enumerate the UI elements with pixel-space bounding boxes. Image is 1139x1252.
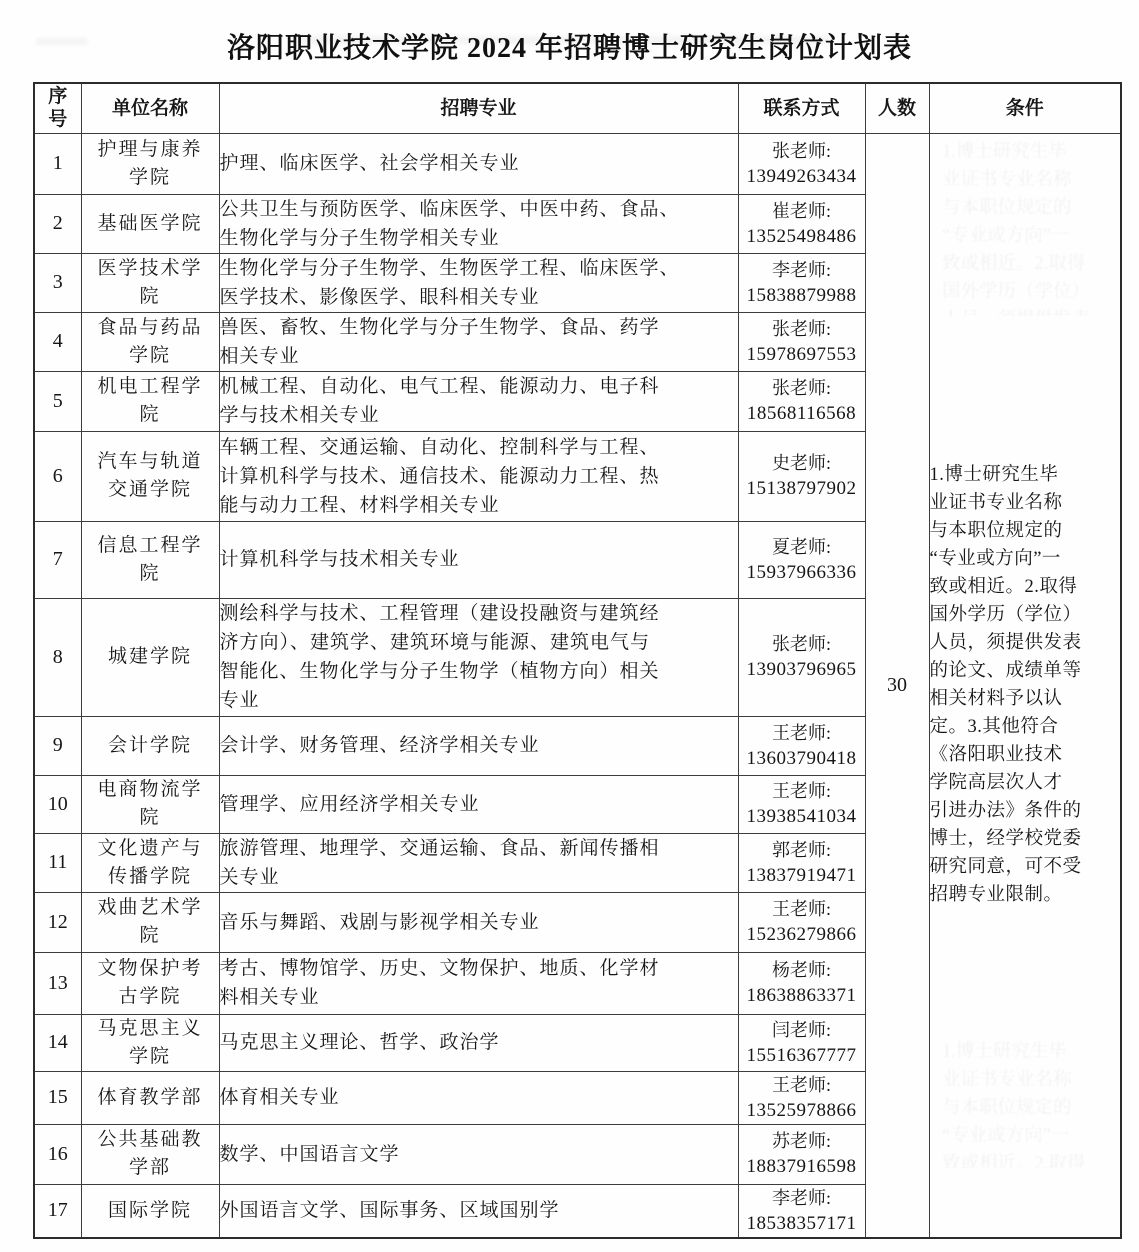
header-count: 人数 <box>865 83 929 133</box>
majors-cell: 旅游管理、地理学、交通运输、食品、新闻传播相 关专业 <box>219 833 738 892</box>
unit-name-cell: 文化遗产与 传播学院 <box>81 833 219 892</box>
recruitment-plan-table-wrap: 序 号 单位名称 招聘专业 联系方式 人数 条件 1 护理与康养 学院 护理、临… <box>33 82 1122 1239</box>
unit-name-cell: 公共基础教 学部 <box>81 1124 219 1184</box>
majors-cell: 考古、博物馆学、历史、文物保护、地质、化学材 料相关专业 <box>219 952 738 1014</box>
contact-cell: 张老师: 13949263434 <box>738 133 865 194</box>
row-serial: 17 <box>34 1184 81 1238</box>
contact-person: 王老师: <box>739 1072 865 1098</box>
row-serial: 11 <box>34 833 81 892</box>
contact-cell: 李老师: 18538357171 <box>738 1184 865 1238</box>
contact-phone: 13603790418 <box>739 746 865 772</box>
contact-phone: 18538357171 <box>739 1211 865 1237</box>
contact-phone: 15978697553 <box>739 342 865 368</box>
page-title: 洛阳职业技术学院 2024 年招聘博士研究生岗位计划表 <box>0 26 1139 66</box>
contact-person: 张老师: <box>739 375 865 401</box>
contact-cell: 李老师: 15838879988 <box>738 253 865 312</box>
header-serial: 序 号 <box>34 83 81 133</box>
contact-person: 史老师: <box>739 450 865 476</box>
unit-name-cell: 基础医学院 <box>81 194 219 253</box>
row-serial: 10 <box>34 775 81 833</box>
contact-person: 闫老师: <box>739 1017 865 1043</box>
row-serial: 3 <box>34 253 81 312</box>
row-serial: 12 <box>34 892 81 952</box>
row-serial: 7 <box>34 521 81 598</box>
contact-cell: 王老师: 13938541034 <box>738 775 865 833</box>
contact-phone: 15937966336 <box>739 560 865 586</box>
majors-cell: 外国语言文学、国际事务、区域国别学 <box>219 1184 738 1238</box>
recruitment-plan-table: 序 号 单位名称 招聘专业 联系方式 人数 条件 1 护理与康养 学院 护理、临… <box>33 82 1122 1239</box>
majors-cell: 音乐与舞蹈、戏剧与影视学相关专业 <box>219 892 738 952</box>
majors-cell: 管理学、应用经济学相关专业 <box>219 775 738 833</box>
majors-cell: 生物化学与分子生物学、生物医学工程、临床医学、 医学技术、影像医学、眼科相关专业 <box>219 253 738 312</box>
row-serial: 5 <box>34 371 81 431</box>
unit-name-cell: 机电工程学 院 <box>81 371 219 431</box>
unit-name-cell: 体育教学部 <box>81 1071 219 1124</box>
contact-person: 张老师: <box>739 316 865 342</box>
unit-name-cell: 马克思主义 学院 <box>81 1014 219 1071</box>
unit-name-cell: 信息工程学 院 <box>81 521 219 598</box>
contact-person: 李老师: <box>739 257 865 283</box>
majors-cell: 兽医、畜牧、生物化学与分子生物学、食品、药学 相关专业 <box>219 312 738 371</box>
contact-phone: 15138797902 <box>739 476 865 502</box>
row-serial: 4 <box>34 312 81 371</box>
row-serial: 2 <box>34 194 81 253</box>
contact-phone: 18638863371 <box>739 983 865 1009</box>
majors-cell: 马克思主义理论、哲学、政治学 <box>219 1014 738 1071</box>
contact-cell: 张老师: 13903796965 <box>738 598 865 716</box>
contact-cell: 王老师: 15236279866 <box>738 892 865 952</box>
majors-cell: 计算机科学与技术相关专业 <box>219 521 738 598</box>
contact-person: 王老师: <box>739 896 865 922</box>
majors-cell: 测绘科学与技术、工程管理（建设投融资与建筑经 济方向）、建筑学、建筑环境与能源、… <box>219 598 738 716</box>
row-serial: 16 <box>34 1124 81 1184</box>
majors-cell: 体育相关专业 <box>219 1071 738 1124</box>
contact-phone: 13525498486 <box>739 224 865 250</box>
contact-cell: 张老师: 18568116568 <box>738 371 865 431</box>
contact-person: 王老师: <box>739 778 865 804</box>
contact-person: 崔老师: <box>739 198 865 224</box>
contact-person: 张老师: <box>739 138 865 164</box>
document-page: 1.博士研究生毕 业证书专业名称 与本职位规定的 “专业或方向”一 致或相近。2… <box>0 0 1139 1252</box>
row-serial: 8 <box>34 598 81 716</box>
header-contact: 联系方式 <box>738 83 865 133</box>
majors-cell: 数学、中国语言文学 <box>219 1124 738 1184</box>
contact-cell: 张老师: 15978697553 <box>738 312 865 371</box>
majors-cell: 会计学、财务管理、经济学相关专业 <box>219 716 738 775</box>
contact-cell: 郭老师: 13837919471 <box>738 833 865 892</box>
contact-phone: 13837919471 <box>739 863 865 889</box>
unit-name-cell: 食品与药品 学院 <box>81 312 219 371</box>
contact-phone: 13938541034 <box>739 804 865 830</box>
contact-cell: 史老师: 15138797902 <box>738 431 865 521</box>
unit-name-cell: 文物保护考 古学院 <box>81 952 219 1014</box>
contact-person: 杨老师: <box>739 957 865 983</box>
contact-cell: 王老师: 13603790418 <box>738 716 865 775</box>
contact-cell: 杨老师: 18638863371 <box>738 952 865 1014</box>
contact-phone: 15236279866 <box>739 922 865 948</box>
header-condition: 条件 <box>929 83 1121 133</box>
unit-name-cell: 国际学院 <box>81 1184 219 1238</box>
contact-phone: 13949263434 <box>739 164 865 190</box>
unit-name-cell: 汽车与轨道 交通学院 <box>81 431 219 521</box>
header-unit: 单位名称 <box>81 83 219 133</box>
contact-person: 郭老师: <box>739 837 865 863</box>
table-row: 1 护理与康养 学院 护理、临床医学、社会学相关专业 张老师: 13949263… <box>34 133 1121 194</box>
unit-name-cell: 电商物流学 院 <box>81 775 219 833</box>
contact-phone: 13525978866 <box>739 1098 865 1124</box>
contact-phone: 15516367777 <box>739 1043 865 1069</box>
contact-phone: 13903796965 <box>739 657 865 683</box>
row-serial: 1 <box>34 133 81 194</box>
contact-person: 张老师: <box>739 631 865 657</box>
row-serial: 14 <box>34 1014 81 1071</box>
contact-person: 王老师: <box>739 720 865 746</box>
row-serial: 6 <box>34 431 81 521</box>
contact-phone: 15838879988 <box>739 283 865 309</box>
contact-person: 苏老师: <box>739 1128 865 1154</box>
majors-cell: 护理、临床医学、社会学相关专业 <box>219 133 738 194</box>
unit-name-cell: 护理与康养 学院 <box>81 133 219 194</box>
unit-name-cell: 戏曲艺术学 院 <box>81 892 219 952</box>
contact-phone: 18837916598 <box>739 1154 865 1180</box>
majors-cell: 机械工程、自动化、电气工程、能源动力、电子科 学与技术相关专业 <box>219 371 738 431</box>
row-serial: 9 <box>34 716 81 775</box>
majors-cell: 车辆工程、交通运输、自动化、控制科学与工程、 计算机科学与技术、通信技术、能源动… <box>219 431 738 521</box>
row-serial: 13 <box>34 952 81 1014</box>
contact-cell: 闫老师: 15516367777 <box>738 1014 865 1071</box>
unit-name-cell: 城建学院 <box>81 598 219 716</box>
header-row: 序 号 单位名称 招聘专业 联系方式 人数 条件 <box>34 83 1121 133</box>
contact-cell: 王老师: 13525978866 <box>738 1071 865 1124</box>
contact-person: 夏老师: <box>739 534 865 560</box>
unit-name-cell: 医学技术学 院 <box>81 253 219 312</box>
total-count-cell: 30 <box>865 133 929 1238</box>
row-serial: 15 <box>34 1071 81 1124</box>
contact-phone: 18568116568 <box>739 401 865 427</box>
contact-cell: 苏老师: 18837916598 <box>738 1124 865 1184</box>
contact-cell: 夏老师: 15937966336 <box>738 521 865 598</box>
conditions-cell: 1.博士研究生毕 业证书专业名称 与本职位规定的 “专业或方向”一 致或相近。2… <box>929 133 1121 1238</box>
contact-cell: 崔老师: 13525498486 <box>738 194 865 253</box>
unit-name-cell: 会计学院 <box>81 716 219 775</box>
header-major: 招聘专业 <box>219 83 738 133</box>
contact-person: 李老师: <box>739 1185 865 1211</box>
majors-cell: 公共卫生与预防医学、临床医学、中医中药、食品、 生物化学与分子生物学相关专业 <box>219 194 738 253</box>
